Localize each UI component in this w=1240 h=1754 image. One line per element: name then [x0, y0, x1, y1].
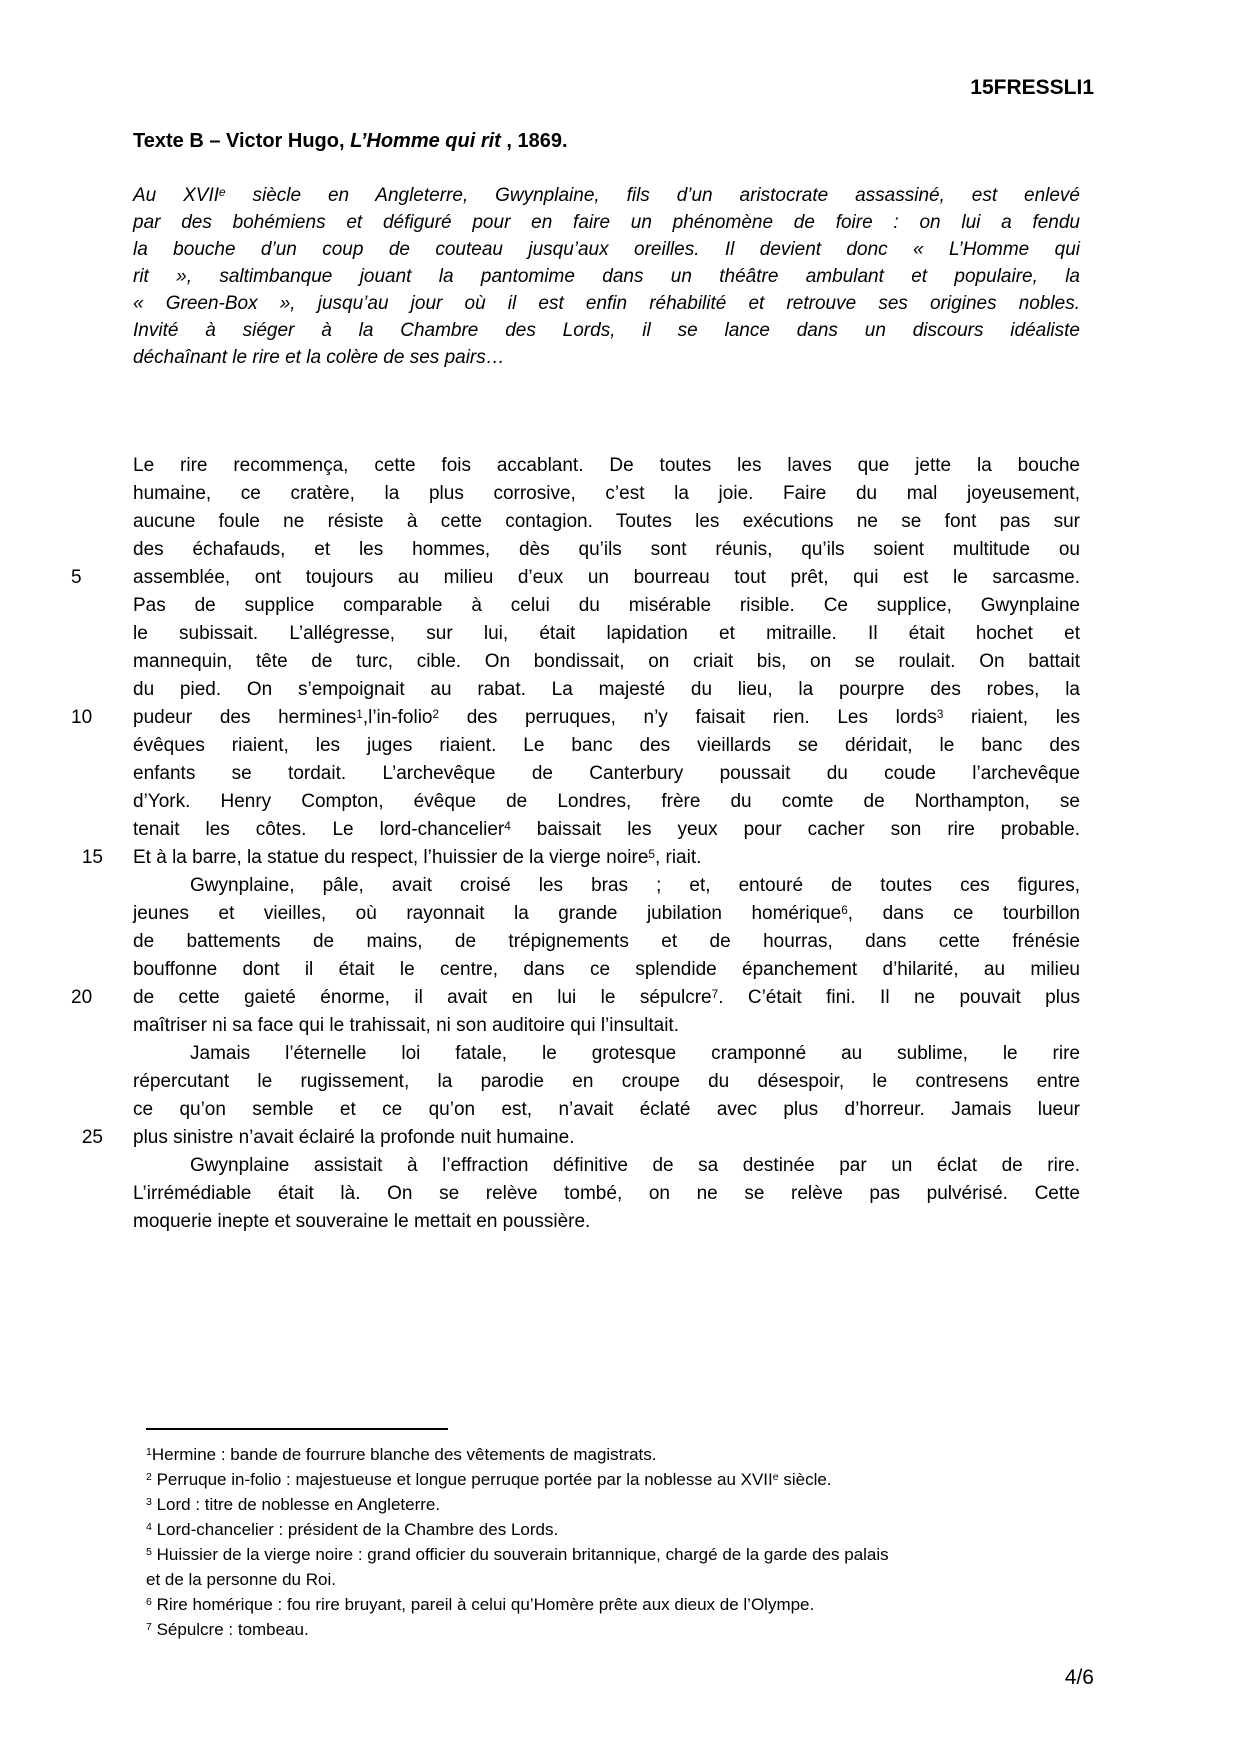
- footnotes: 1Hermine : bande de fourrure blanche des…: [146, 1428, 1066, 1642]
- line-number: 5: [71, 564, 103, 592]
- text-line: mannequin, tête de turc, cible. On bondi…: [133, 648, 1080, 676]
- footnote-line: 4 Lord-chancelier : président de la Cham…: [146, 1517, 1066, 1542]
- line-number: 20: [71, 984, 103, 1012]
- text-segment: répercutant le rugissement, la parodie e…: [133, 1071, 1080, 1092]
- text-segment: L’irrémédiable était là. On se relève to…: [133, 1183, 1080, 1204]
- text-segment: Huissier de la vierge noire : grand offi…: [152, 1545, 889, 1564]
- text-line: ce qu’on semble et ce qu’on est, n’avait…: [133, 1096, 1080, 1124]
- text-segment: ce qu’on semble et ce qu’on est, n’avait…: [133, 1099, 1080, 1120]
- text-segment: Invité à siéger à la Chambre des Lords, …: [133, 320, 1080, 341]
- text-segment: assemblée, ont toujours au milieu d’eux …: [133, 567, 1080, 588]
- footnote-line: 1Hermine : bande de fourrure blanche des…: [146, 1442, 1066, 1467]
- text-line: 25plus sinistre n’avait éclairé la profo…: [133, 1124, 1080, 1152]
- text-segment: L’Homme qui rit: [350, 130, 501, 152]
- footnote-marker: 5: [146, 1546, 152, 1558]
- text-line: aucune foule ne résiste à cette contagio…: [133, 508, 1080, 536]
- text-line: jeunes et vieilles, où rayonnait la gran…: [133, 900, 1080, 928]
- text-line: Jamais l’éternelle loi fatale, le grotes…: [133, 1040, 1080, 1068]
- text-line: maîtriser ni sa face qui le trahissait, …: [133, 1012, 1080, 1040]
- text-segment: et de la personne du Roi.: [146, 1570, 336, 1589]
- text-line: 15Et à la barre, la statue du respect, l…: [133, 844, 1080, 872]
- text-segment: jeunes et vieilles, où rayonnait la gran…: [133, 903, 841, 924]
- text-line: L’irrémédiable était là. On se relève to…: [133, 1180, 1080, 1208]
- text-segment: riaient, les: [943, 707, 1080, 728]
- intro-line: Au XVIIe siècle en Angleterre, Gwynplain…: [133, 182, 1080, 209]
- footnote-ref: 6: [841, 904, 848, 917]
- text-segment: Lord-chancelier : président de la Chambr…: [152, 1520, 558, 1539]
- document-ref-code: 15FRESSLI1: [970, 76, 1094, 100]
- text-segment: tenait les côtes. Le lord-chancelier: [133, 819, 504, 840]
- text-segment: des perruques, n’y faisait rien. Les lor…: [439, 707, 937, 728]
- footnote-ref: 7: [712, 988, 719, 1001]
- footnote-ref: 5: [648, 848, 655, 861]
- footnote-line: 5 Huissier de la vierge noire : grand of…: [146, 1542, 1066, 1567]
- document-page: 15FRESSLI1 Texte B – Victor Hugo, L’Homm…: [0, 0, 1240, 1754]
- text-segment: ,l’in-folio: [363, 707, 433, 728]
- footnote-line: 6 Rire homérique : fou rire bruyant, par…: [146, 1592, 1066, 1617]
- text-segment: mannequin, tête de turc, cible. On bondi…: [133, 651, 1080, 672]
- footnote-line: et de la personne du Roi.: [146, 1567, 1066, 1592]
- footnote-line: 7 Sépulcre : tombeau.: [146, 1617, 1066, 1642]
- text-segment: Lord : titre de noblesse en Angleterre.: [152, 1495, 440, 1514]
- text-segment: Rire homérique : fou rire bruyant, parei…: [152, 1595, 814, 1614]
- text-segment: Gwynplaine assistait à l’effraction défi…: [190, 1155, 1080, 1176]
- text-segment: humaine, ce cratère, la plus corrosive, …: [133, 483, 1080, 504]
- superscript: e: [219, 186, 226, 199]
- text-segment: par des bohémiens et défiguré pour en fa…: [133, 212, 1080, 233]
- intro-line: rit », saltimbanque jouant la pantomime …: [133, 263, 1080, 290]
- text-segment: aucune foule ne résiste à cette contagio…: [133, 511, 1080, 532]
- text-segment: d’York. Henry Compton, évêque de Londres…: [133, 791, 1080, 812]
- footnote-marker: e: [773, 1471, 779, 1483]
- intro-line: Invité à siéger à la Chambre des Lords, …: [133, 317, 1080, 344]
- text-segment: rit », saltimbanque jouant la pantomime …: [133, 266, 1080, 287]
- text-line: humaine, ce cratère, la plus corrosive, …: [133, 480, 1080, 508]
- text-segment: Sépulcre : tombeau.: [152, 1620, 309, 1639]
- intro-line: la bouche d’un coup de couteau jusqu’aux…: [133, 236, 1080, 263]
- text-line: 5assemblée, ont toujours au milieu d’eux…: [133, 564, 1080, 592]
- intro-line: déchaînant le rire et la colère de ses p…: [133, 344, 1080, 371]
- text-segment: , 1869.: [501, 130, 568, 152]
- footnote-marker: 7: [146, 1621, 152, 1633]
- text-line: des échafauds, et les hommes, dès qu’ils…: [133, 536, 1080, 564]
- text-segment: Hermine : bande de fourrure blanche des …: [152, 1445, 657, 1464]
- footnote-line: 2 Perruque in-folio : majestueuse et lon…: [146, 1467, 1066, 1492]
- text-line: tenait les côtes. Le lord-chancelier4 ba…: [133, 816, 1080, 844]
- text-line: évêques riaient, les juges riaient. Le b…: [133, 732, 1080, 760]
- text-segment: maîtriser ni sa face qui le trahissait, …: [133, 1015, 679, 1036]
- text-segment: bouffonne dont il était le centre, dans …: [133, 959, 1080, 980]
- footnote-ref: 2: [433, 708, 440, 721]
- main-text: Le rire recommença, cette fois accablant…: [133, 452, 1080, 1236]
- text-line: Le rire recommença, cette fois accablant…: [133, 452, 1080, 480]
- text-segment: baissait les yeux pour cacher son rire p…: [511, 819, 1080, 840]
- text-line: répercutant le rugissement, la parodie e…: [133, 1068, 1080, 1096]
- footnote-marker: 1: [146, 1446, 152, 1458]
- text-line: 10pudeur des hermines1,l’in-folio2 des p…: [133, 704, 1080, 732]
- footnote-marker: 3: [146, 1496, 152, 1508]
- text-segment: Pas de supplice comparable à celui du mi…: [133, 595, 1080, 616]
- text-segment: Jamais l’éternelle loi fatale, le grotes…: [190, 1043, 1080, 1064]
- text-segment: , dans ce tourbillon: [848, 903, 1080, 924]
- text-segment: Le rire recommença, cette fois accablant…: [133, 455, 1080, 476]
- text-line: du pied. On s’empoignait au rabat. La ma…: [133, 676, 1080, 704]
- text-segment: plus sinistre n’avait éclairé la profond…: [133, 1127, 574, 1148]
- footnote-ref: 3: [937, 708, 944, 721]
- document-title: Texte B – Victor Hugo, L’Homme qui rit ,…: [133, 130, 568, 153]
- text-segment: de cette gaieté énorme, il avait en lui …: [133, 987, 712, 1008]
- text-segment: enfants se tordait. L’archevêque de Cant…: [133, 763, 1080, 784]
- intro-line: par des bohémiens et défiguré pour en fa…: [133, 209, 1080, 236]
- text-segment: des échafauds, et les hommes, dès qu’ils…: [133, 539, 1080, 560]
- text-segment: , riait.: [655, 847, 701, 868]
- text-segment: Gwynplaine, pâle, avait croisé les bras …: [190, 875, 1080, 896]
- intro-paragraph: Au XVIIe siècle en Angleterre, Gwynplain…: [133, 182, 1080, 371]
- text-segment: déchaînant le rire et la colère de ses p…: [133, 347, 505, 368]
- text-line: enfants se tordait. L’archevêque de Cant…: [133, 760, 1080, 788]
- text-segment: Perruque in-folio : majestueuse et longu…: [152, 1470, 773, 1489]
- text-segment: siècle en Angleterre, Gwynplaine, fils d…: [226, 185, 1080, 206]
- text-segment: « Green-Box », jusqu’au jour où il est e…: [133, 293, 1080, 314]
- text-segment: Au XVII: [133, 185, 219, 206]
- text-line: 20de cette gaieté énorme, il avait en lu…: [133, 984, 1080, 1012]
- text-segment: moquerie inepte et souveraine le mettait…: [133, 1211, 590, 1232]
- text-segment: du pied. On s’empoignait au rabat. La ma…: [133, 679, 1080, 700]
- text-line: bouffonne dont il était le centre, dans …: [133, 956, 1080, 984]
- footnote-separator: [146, 1428, 448, 1430]
- footnote-marker: 4: [146, 1521, 152, 1533]
- text-segment: . C’était fini. Il ne pouvait plus: [718, 987, 1080, 1008]
- intro-line: « Green-Box », jusqu’au jour où il est e…: [133, 290, 1080, 317]
- footnote-line: 3 Lord : titre de noblesse en Angleterre…: [146, 1492, 1066, 1517]
- text-segment: la bouche d’un coup de couteau jusqu’aux…: [133, 239, 1080, 260]
- text-segment: de battements de mains, de trépignements…: [133, 931, 1080, 952]
- text-line: moquerie inepte et souveraine le mettait…: [133, 1208, 1080, 1236]
- text-line: Gwynplaine, pâle, avait croisé les bras …: [133, 872, 1080, 900]
- text-segment: le subissait. L’allégresse, sur lui, éta…: [133, 623, 1080, 644]
- text-segment: pudeur des hermines: [133, 707, 356, 728]
- footnote-marker: 2: [146, 1471, 152, 1483]
- text-line: d’York. Henry Compton, évêque de Londres…: [133, 788, 1080, 816]
- footnote-ref: 4: [504, 820, 511, 833]
- text-line: de battements de mains, de trépignements…: [133, 928, 1080, 956]
- text-segment: siècle.: [779, 1470, 832, 1489]
- page-number: 4/6: [1065, 1666, 1094, 1690]
- text-line: le subissait. L’allégresse, sur lui, éta…: [133, 620, 1080, 648]
- text-line: Gwynplaine assistait à l’effraction défi…: [133, 1152, 1080, 1180]
- line-number: 10: [71, 704, 103, 732]
- text-segment: évêques riaient, les juges riaient. Le b…: [133, 735, 1080, 756]
- text-line: Pas de supplice comparable à celui du mi…: [133, 592, 1080, 620]
- line-number: 25: [71, 1124, 103, 1152]
- text-segment: Texte B – Victor Hugo,: [133, 130, 350, 152]
- footnote-marker: 6: [146, 1596, 152, 1608]
- footnote-ref: 1: [356, 708, 363, 721]
- text-segment: Et à la barre, la statue du respect, l’h…: [133, 847, 648, 868]
- line-number: 15: [71, 844, 103, 872]
